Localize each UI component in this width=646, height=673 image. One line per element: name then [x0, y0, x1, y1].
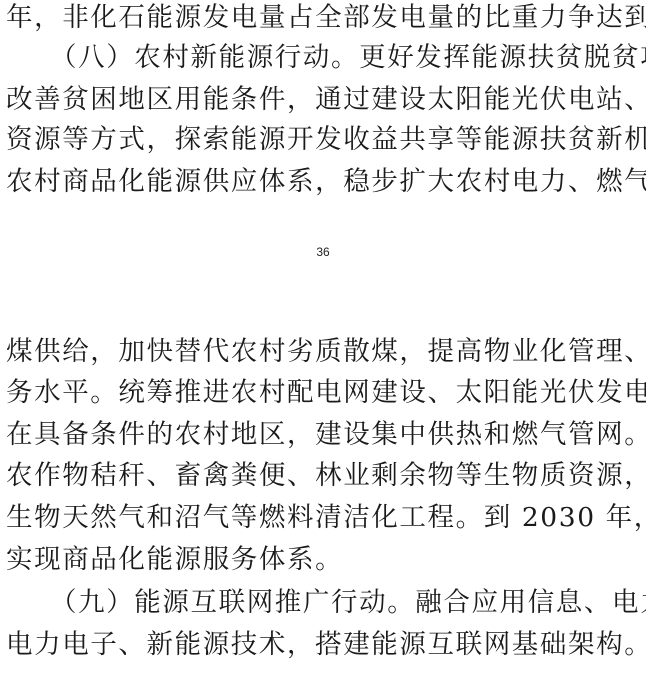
text-line: 资源等方式，探索能源开发收益共享等能源扶贫新机制。建立: [6, 124, 642, 156]
text-line: 煤供给，加快替代农村劣质散煤，提高物业化管理、专业化服: [6, 336, 642, 368]
text-line: 生物天然气和沼气等燃料清洁化工程。到 2030 年，农村地区: [6, 502, 642, 534]
text-line: 农村商品化能源供应体系，稳步扩大农村电力、燃气和洁净型: [6, 166, 642, 198]
section-heading-line: （九）能源互联网推广行动。融合应用信息、电力、储能、: [50, 587, 642, 619]
text-line: 年，非化石能源发电量占全部发电量的比重力争达到 50%。: [6, 2, 642, 34]
text-line: 在具备条件的农村地区，建设集中供热和燃气管网。就近利用: [6, 419, 642, 451]
page-number: 36: [0, 245, 646, 259]
text-line: 实现商品化能源服务体系。: [6, 544, 642, 576]
text-line: 改善贫困地区用能条件，通过建设太阳能光伏电站、开发水电: [6, 84, 642, 116]
text-line: 务水平。统筹推进农村配电网建设、太阳能光伏发电和热利用。: [6, 377, 642, 409]
document-page: 年，非化石能源发电量占全部发电量的比重力争达到 50%。 （八）农村新能源行动。…: [0, 0, 646, 673]
section-heading-line: （八）农村新能源行动。更好发挥能源扶贫脱贫攻坚作用，: [50, 42, 642, 74]
text-line: 农作物秸秆、畜禽粪便、林业剩余物等生物质资源，开展农村: [6, 460, 642, 492]
text-line: 电力电子、新能源技术，搭建能源互联网基础架构。建设能源: [6, 629, 642, 661]
